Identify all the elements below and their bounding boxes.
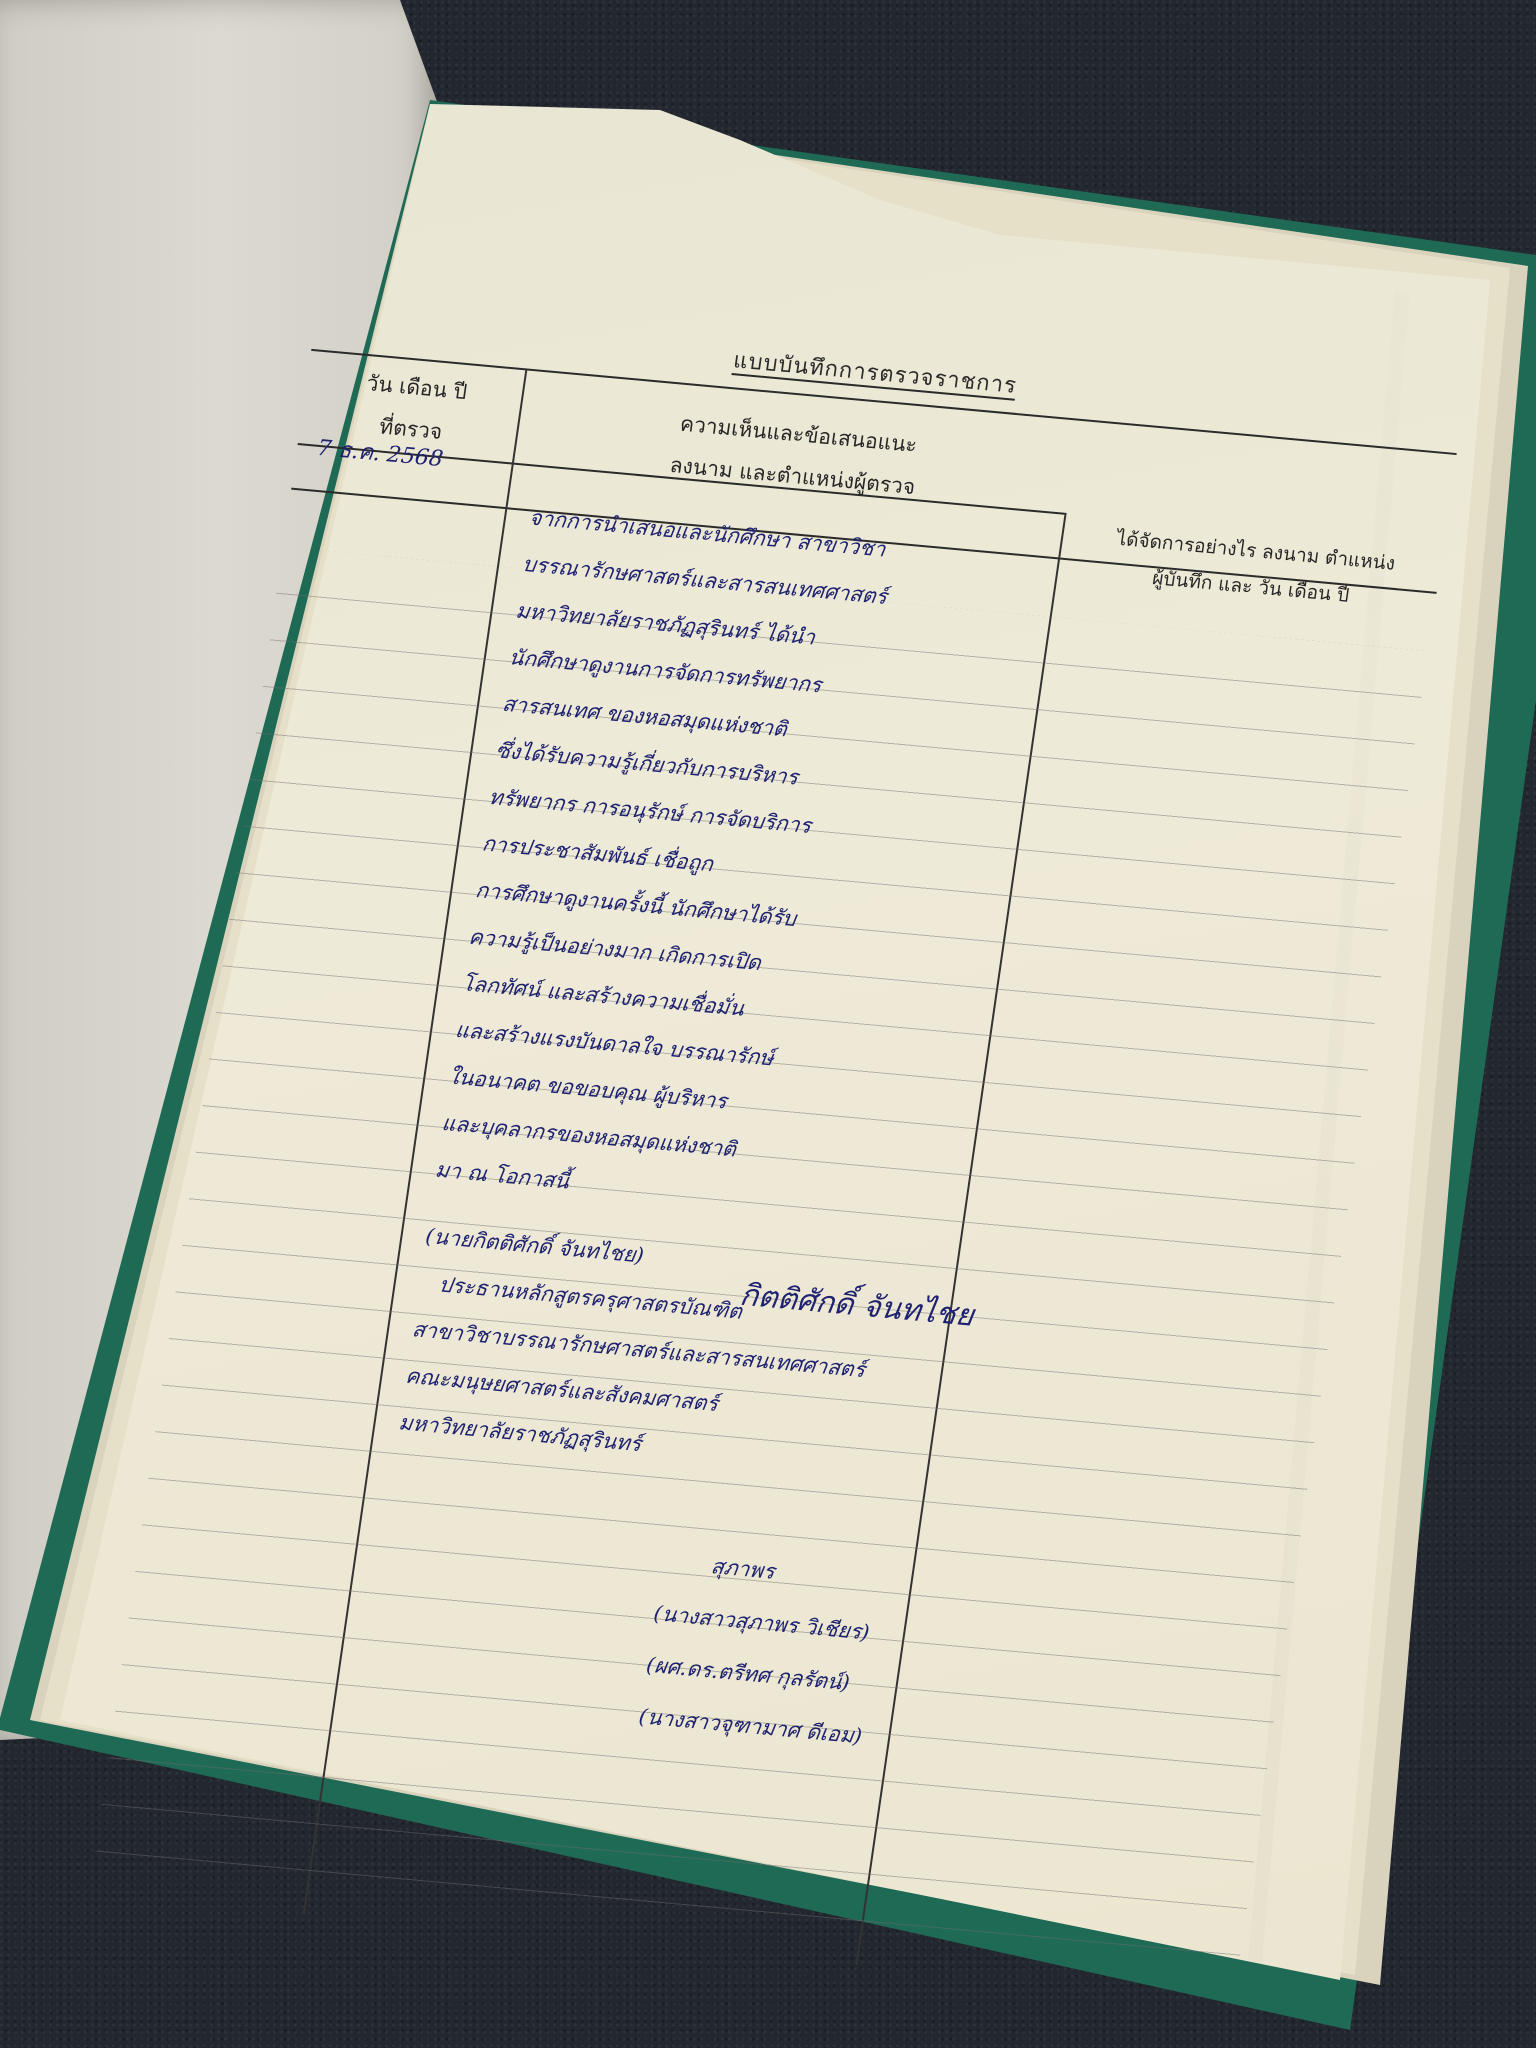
additional-signatures: สุภาพร (นางสาวสุภาพร วิเชียร) (ผศ.ดร.ตรี…: [635, 1536, 887, 1762]
photo-scene: แบบบันทึกการตรวจราชการ วัน เดือน ปี ที่ต…: [0, 0, 1536, 2048]
header-action: ได้จัดการอย่างไร ลงนาม ตำแหน่ง ผู้บันทึก…: [1064, 517, 1443, 622]
form-sheet: แบบบันทึกการตรวจราชการ วัน เดือน ปี ที่ต…: [84, 220, 1475, 2029]
